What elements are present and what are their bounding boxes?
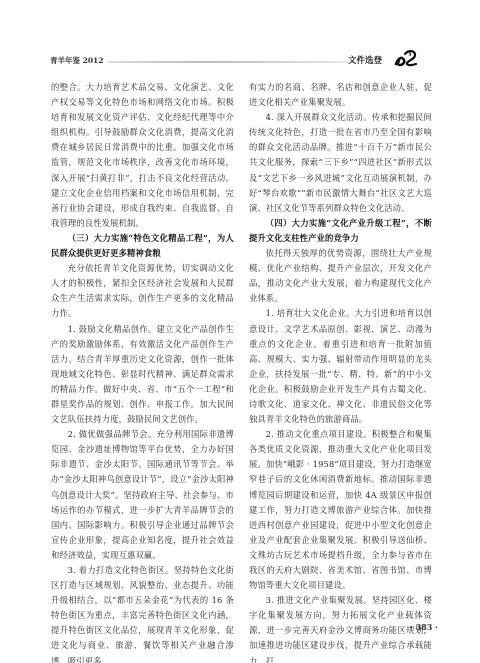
section-heading-4: （四）大力实施“文化产业升级工程”，不断提升文化支柱性产业的竞争力 (249, 216, 432, 246)
paragraph-item-1: 1. 培育壮大文化企业。大力引进和培育以创意设计、文学艺术品原创、影视、演艺、动… (249, 306, 432, 427)
running-header: 青羊年鉴 2012 文件选登 (50, 52, 440, 72)
page-number: · 383 · (410, 622, 438, 632)
paragraph-item-4: 4. 深入开展群众文化活动。传承和挖掘民间传统文化特色，打造一批在省市乃至全国有… (249, 110, 432, 216)
left-column: 的整合。大力培育艺术品交易、文化演艺、文化产权交易等文化特色市场和网络文化市场。… (51, 80, 234, 663)
paragraph: 充分依托青羊文化资源优势，切实调动文化人才的积极性，紧扣全区经济社会发展和人民群… (51, 261, 234, 321)
header-rule-divider (108, 61, 356, 63)
section-title: 文件选登 (348, 54, 382, 66)
paragraph-continuation: 的整合。大力培育艺术品交易、文化演艺、文化产权交易等文化特色市场和网络文化市场。… (51, 80, 234, 231)
paragraph-item-2: 2. 推动文化重点项目建设。积极整合和聚集各类优质文化资源，推动重大文化产业化项… (249, 427, 432, 593)
paragraph: 依托得天独厚的优势资源，围绕壮大产业规模、优化产业结构、提升产业层次，开发文化产… (249, 246, 432, 306)
paragraph-item-2: 2. 做优做强品牌节会。充分利用国际非遗博览园、金沙遗址博物馆等平台优势，全力办… (51, 427, 234, 563)
paragraph-item-3: 3. 推进文化产业集聚发展。坚持园区化、楼宇化集聚发展方向，努力拓展文化产业载体… (249, 593, 432, 663)
paragraph-item-1: 1. 鼓励文化精品创作。建立文化产品创作生产的奖励激励体系，有效激活文化产品创作… (51, 322, 234, 428)
calligraphy-logo-icon (394, 48, 418, 68)
section-heading-3: （三）大力实施“特色文化精品工程”，为人民群众提供更好更多精神食粮 (51, 231, 234, 261)
paragraph-continuation: 有实力的名商、名牌、名店和创意企业人驻，促进文化相关产业集聚发展。 (249, 80, 432, 110)
right-column: 有实力的名商、名牌、名店和创意企业人驻，促进文化相关产业集聚发展。 4. 深入开… (249, 80, 432, 663)
yearbook-title: 青羊年鉴 2012 (50, 55, 104, 66)
paragraph-item-3: 3. 着力打造文化特色街区。坚持特色文化街区打造与区域规划、风貌整治、业态提升、… (51, 563, 234, 663)
